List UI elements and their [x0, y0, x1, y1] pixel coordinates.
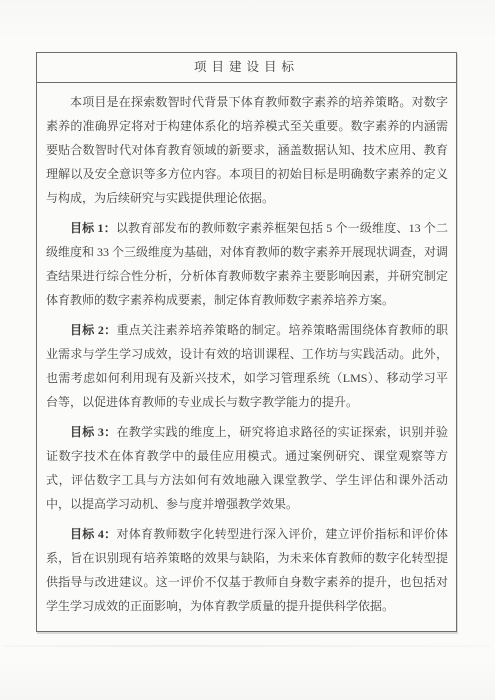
project-goals-table: 项目建设目标 本项目是在探索数智时代背景下体育教师数字素养的培养策略。对数字素养… — [36, 52, 457, 632]
goal-1-label: 目标 1： — [70, 221, 116, 235]
goal-paragraph-3: 目标 3：在教学实践的维度上，研究将追求路径的实证探索，识别并验证数字技术在体育… — [46, 420, 448, 516]
scan-shadow-line — [4, 645, 491, 647]
table-body-cell: 本项目是在探索数智时代背景下体育教师数字素养的培养策略。对数字素养的准确界定将对… — [37, 83, 456, 631]
intro-paragraph: 本项目是在探索数智时代背景下体育教师数字素养的培养策略。对数字素养的准确界定将对… — [46, 90, 448, 210]
goal-3-label: 目标 3： — [70, 425, 116, 439]
table-title: 项目建设目标 — [37, 53, 456, 83]
goal-paragraph-2: 目标 2：重点关注素养培养策略的制定。培养策略需围绕体育教师的职业需求与学生学习… — [46, 318, 448, 414]
goal-4-label: 目标 4： — [70, 527, 116, 541]
goal-paragraph-1: 目标 1：以教育部发布的教师数字素养框架包括 5 个一级维度、13 个二级维度和… — [46, 216, 448, 312]
goal-paragraph-4: 目标 4：对体育教师数字化转型进行深入评价，建立评价指标和评价体系，旨在识别现有… — [46, 522, 448, 618]
goal-2-label: 目标 2： — [70, 323, 116, 337]
